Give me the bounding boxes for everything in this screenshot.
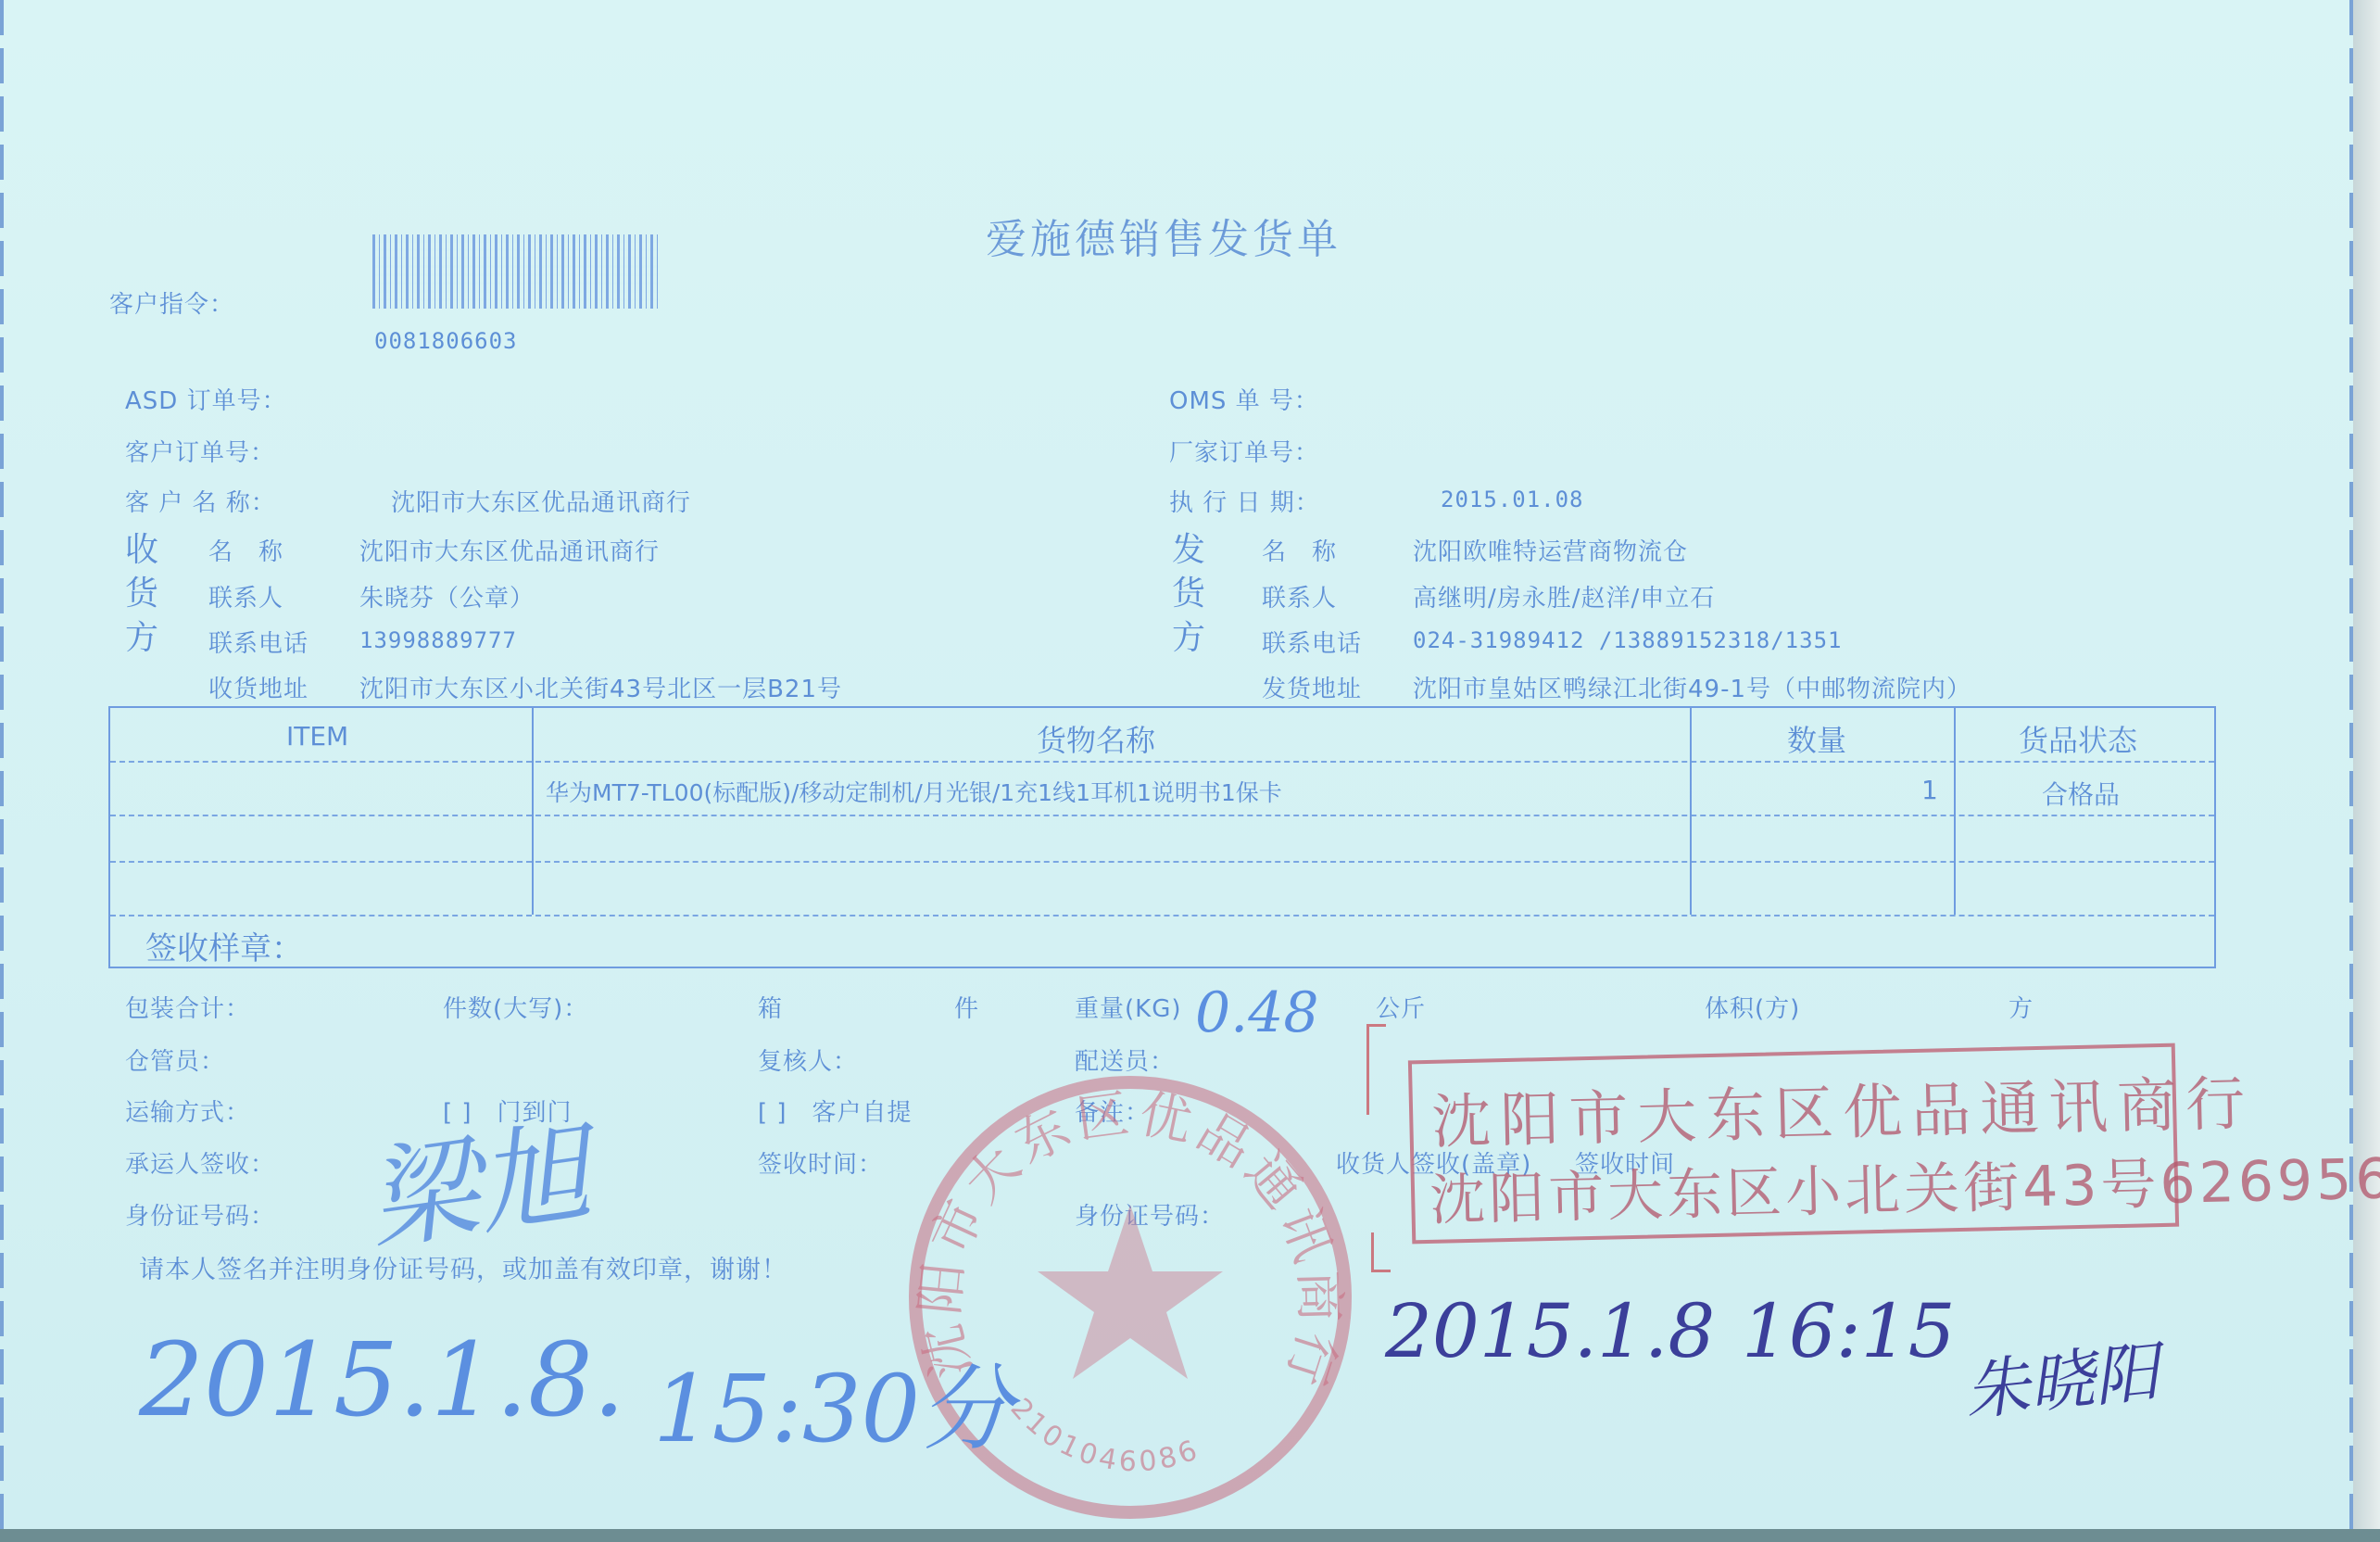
receiver-side-3: 方 — [125, 612, 159, 659]
column-divider — [1954, 708, 1956, 915]
row-goods-name: 华为MT7-TL00(标配版)/移动定制机/月光银/1充1线1耳机1说明书1保卡 — [546, 775, 1282, 808]
receiver-time-label: 签收时间 — [1575, 1145, 1675, 1180]
left-perforation — [0, 0, 4, 1529]
carrier-handwritten-time: 15:30分 — [653, 1334, 1013, 1468]
customer-name-value: 沈阳市大东区优品通讯商行 — [391, 484, 691, 518]
paper-edge-right — [2353, 0, 2380, 1542]
header-quantity: 数量 — [1787, 717, 1846, 760]
row-status: 合格品 — [2042, 775, 2120, 812]
asd-order-label: ASD 订单号： — [125, 382, 287, 416]
exec-date-value: 2015.01.08 — [1441, 487, 1584, 512]
table-divider — [110, 761, 2214, 763]
self-pickup-option[interactable]: [ ] 客户自提 — [758, 1093, 913, 1128]
weight-label: 重量(KG) — [1075, 990, 1182, 1024]
checker-label: 复核人： — [758, 1043, 858, 1077]
carrier-sign-label: 承运人签收： — [125, 1145, 275, 1180]
sender-phone-value: 024-31989412 /13889152318/1351 — [1413, 627, 1842, 653]
remarks-label: 备注： — [1075, 1093, 1150, 1128]
sign-time-label: 签收时间： — [758, 1145, 883, 1180]
sender-name-label: 名 称 — [1262, 533, 1337, 567]
table-divider — [110, 815, 2214, 816]
handwritten-weight: 0.48 — [1195, 980, 1319, 1045]
receiver-sign-label: 收货人签收(盖章) — [1336, 1145, 1531, 1180]
receiver-name-label: 名 称 — [208, 533, 283, 567]
header-item: ITEM — [286, 721, 348, 752]
paper-edge-bottom — [0, 1529, 2380, 1542]
sender-phone-label: 联系电话 — [1262, 625, 1362, 659]
sender-address-value: 沈阳市皇姑区鸭绿江北街49-1号（中邮物流院内） — [1413, 670, 1971, 704]
receiver-side-1: 收 — [125, 524, 159, 571]
sender-side-1: 发 — [1172, 524, 1206, 571]
header-goods-name: 货物名称 — [1037, 717, 1155, 760]
weight-unit: 公斤 — [1376, 990, 1426, 1024]
column-divider — [532, 708, 534, 915]
sender-side-3: 方 — [1172, 612, 1206, 659]
customer-instruction-label: 客户指令： — [109, 285, 234, 320]
exec-date-label: 执 行 日 期： — [1169, 484, 1320, 518]
customer-name-label: 客 户 名 称： — [125, 484, 276, 518]
receiver-contact-value: 朱晓芬（公章） — [359, 579, 535, 613]
receiver-side-2: 货 — [125, 567, 159, 614]
sender-name-value: 沈阳欧唯特运营商物流仓 — [1413, 533, 1688, 567]
sender-contact-label: 联系人 — [1262, 579, 1337, 613]
carrier-signature: 梁旭 — [356, 1083, 598, 1272]
receiver-name-value: 沈阳市大东区优品通讯商行 — [359, 533, 660, 567]
box-label: 箱 — [758, 990, 783, 1024]
header-status: 货品状态 — [2019, 717, 2137, 760]
customer-order-label: 客户订单号： — [125, 434, 275, 468]
table-divider — [110, 915, 2214, 916]
carrier-handwritten-date: 2015.1.8. — [139, 1321, 625, 1439]
receiver-phone-label: 联系电话 — [208, 625, 309, 659]
sender-contact-value: 高继明/房永胜/赵洋/申立石 — [1413, 579, 1715, 613]
volume-unit: 方 — [2009, 990, 2034, 1024]
receiver-handwritten-date: 2015.1.8 — [1385, 1288, 1715, 1374]
warehouse-label: 仓管员： — [125, 1043, 225, 1077]
sender-side-2: 货 — [1172, 567, 1206, 614]
sign-sample-label: 签收样章： — [145, 923, 303, 968]
pieces-label: 件数(大写)： — [443, 990, 588, 1024]
receiver-address-value: 沈阳市大东区小北关街43号北区一层B21号 — [359, 670, 842, 704]
package-total-label: 包装合计： — [125, 990, 250, 1024]
id-number-label-right: 身份证号码： — [1075, 1197, 1225, 1232]
delivery-label: 配送员： — [1075, 1043, 1175, 1077]
factory-order-label: 厂家订单号： — [1169, 434, 1319, 468]
oms-label: OMS 单 号： — [1169, 382, 1319, 416]
table-divider — [110, 861, 2214, 863]
id-number-label-left: 身份证号码： — [125, 1197, 275, 1232]
document-title: 爱施德销售发货单 — [986, 206, 1341, 265]
transport-label: 运输方式： — [125, 1093, 250, 1128]
sender-address-label: 发货地址 — [1262, 670, 1362, 704]
receiver-phone-value: 13998889777 — [359, 627, 517, 653]
items-table: ITEM 货物名称 数量 货品状态 华为MT7-TL00(标配版)/移动定制机/… — [108, 706, 2216, 968]
receiver-address-label: 收货地址 — [208, 670, 309, 704]
receiver-contact-label: 联系人 — [208, 579, 283, 613]
column-divider — [1690, 708, 1692, 915]
row-quantity: 1 — [1921, 775, 1938, 805]
piece-label: 件 — [954, 990, 979, 1024]
barcode — [372, 234, 660, 309]
receiver-handwritten-time: 16:15 — [1742, 1288, 1956, 1374]
volume-label: 体积(方) — [1705, 990, 1800, 1024]
barcode-number: 0081806603 — [374, 328, 518, 354]
